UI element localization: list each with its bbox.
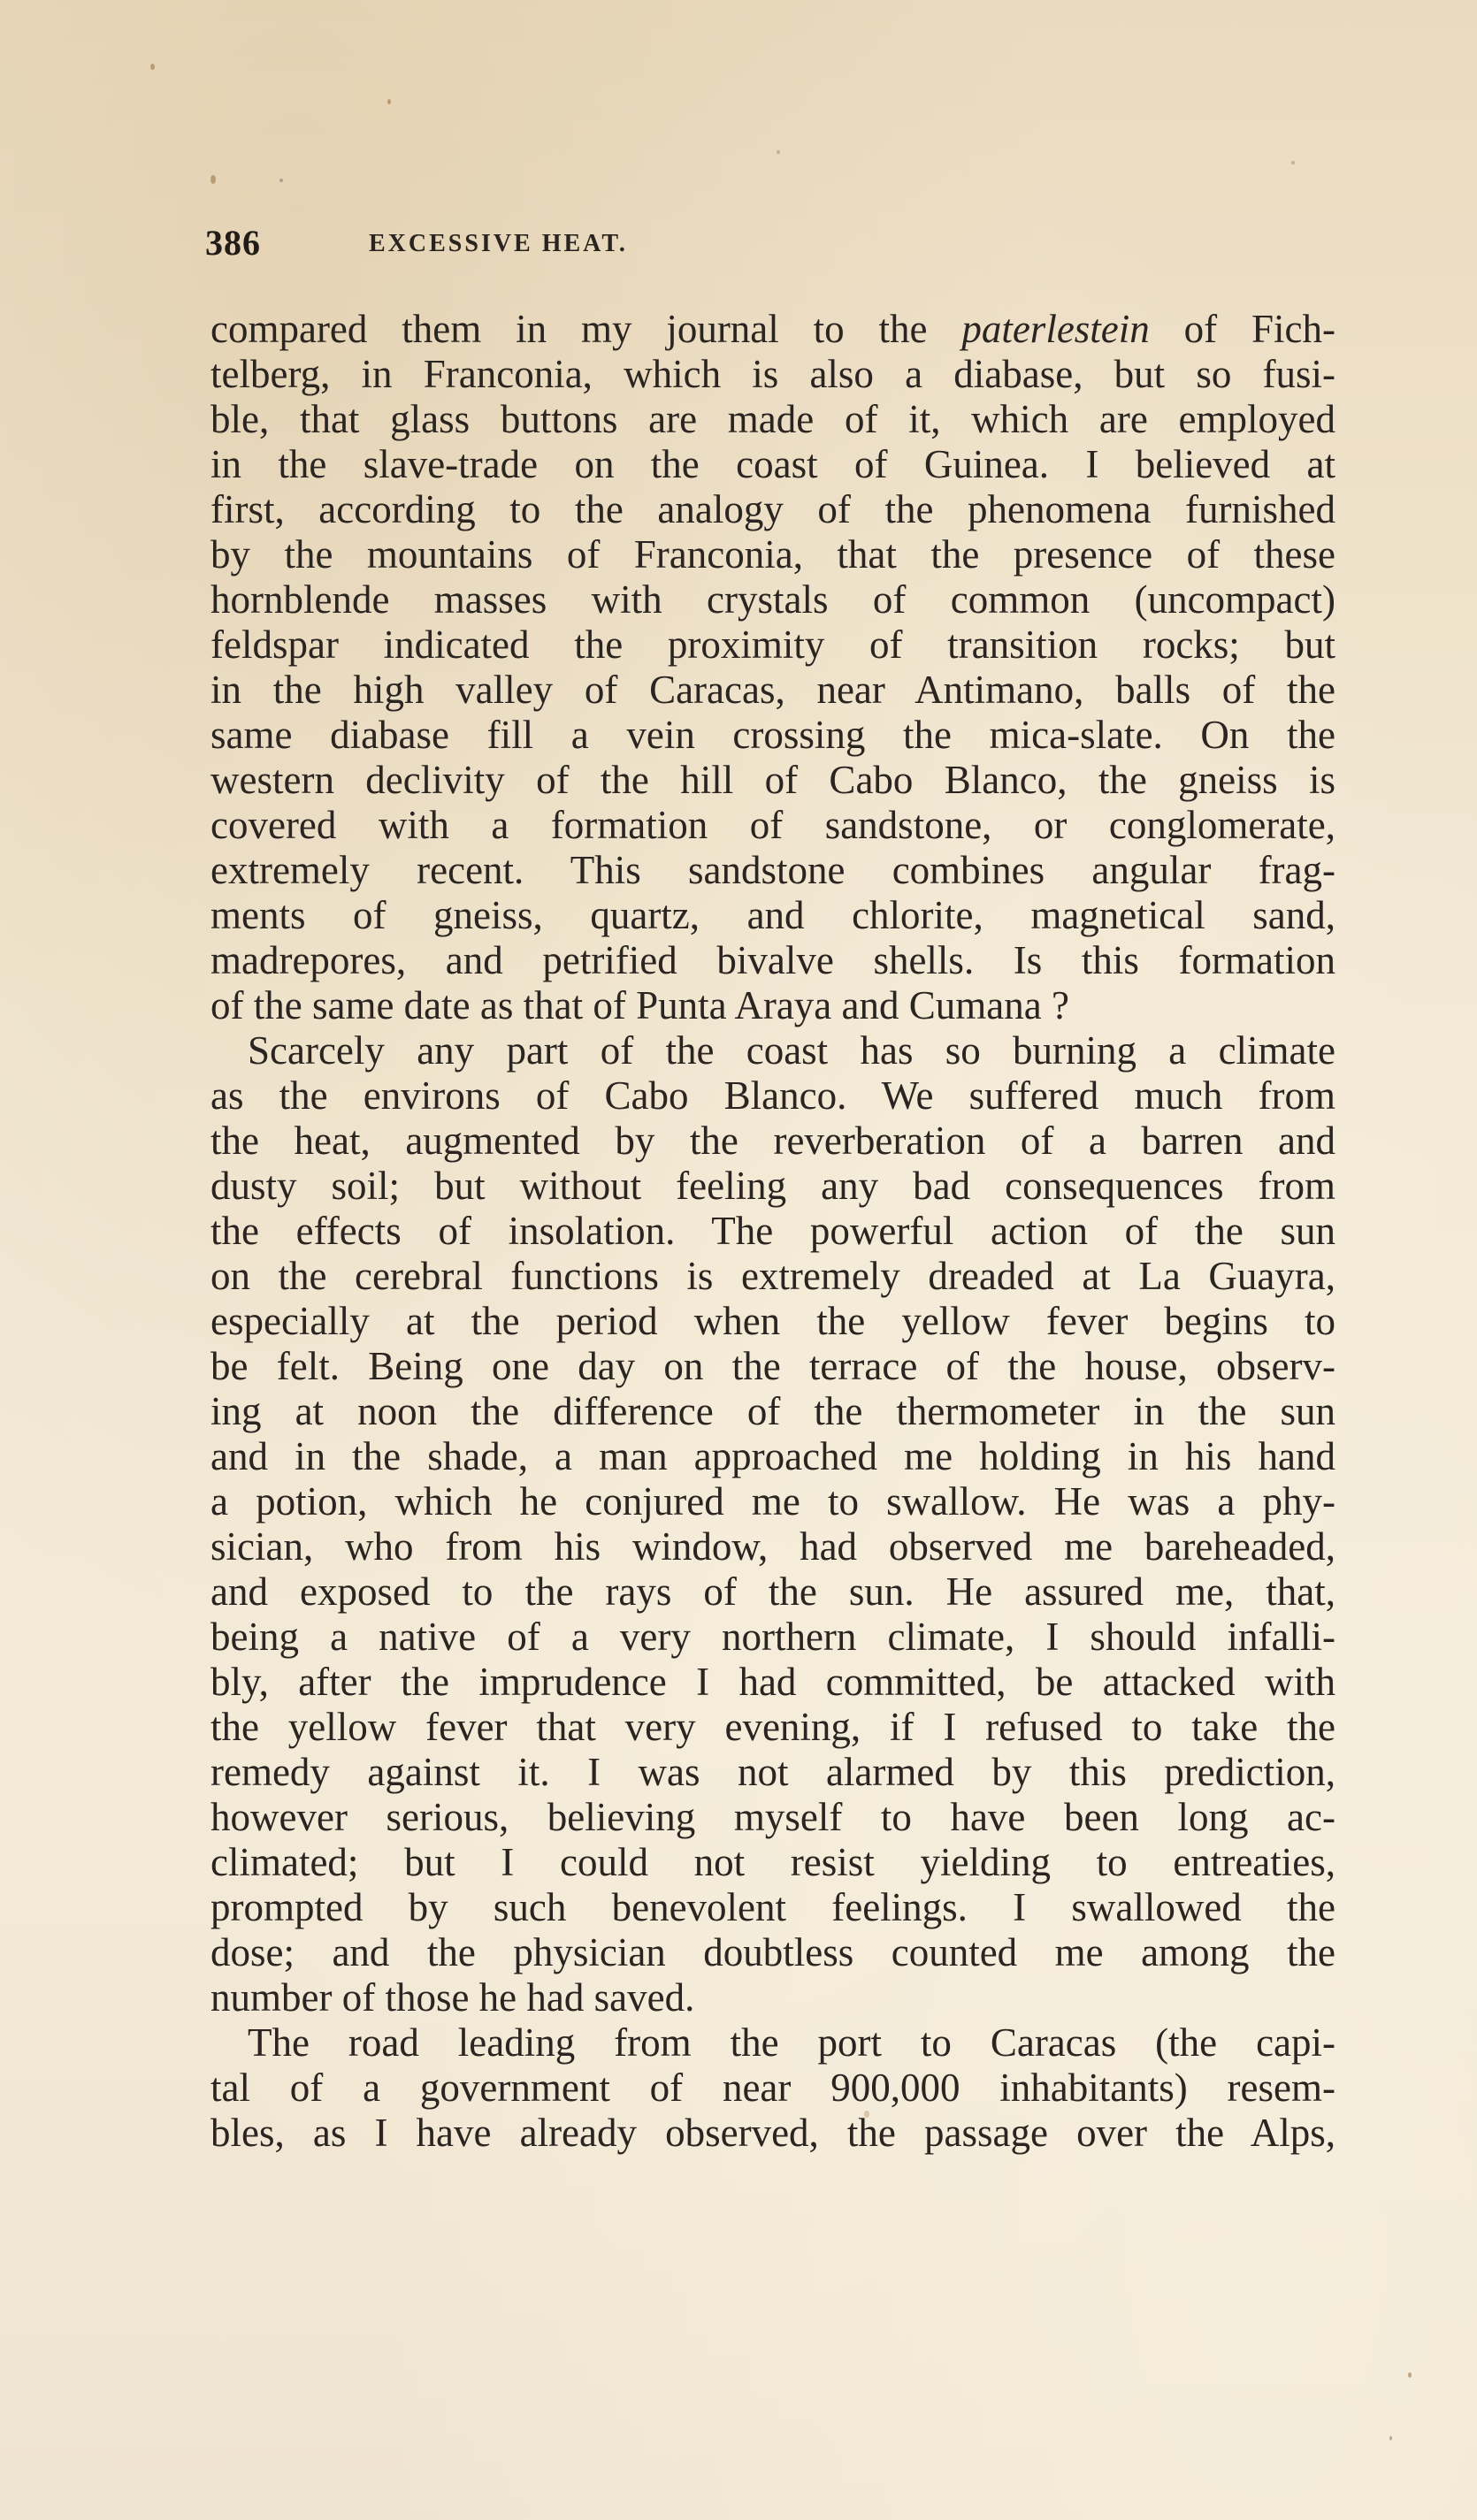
text-line: the heat, augmented by the reverberation… bbox=[210, 1115, 1335, 1166]
text-line: as the environs of Cabo Blanco. We suffe… bbox=[210, 1070, 1335, 1121]
text-line: by the mountains of Franconia, that the … bbox=[210, 529, 1335, 580]
book-page: 386 EXCESSIVE HEAT. compared them in my … bbox=[0, 0, 1477, 2520]
text-line: feldspar indicated the proximity of tran… bbox=[210, 619, 1335, 670]
text-line: climated; but I could not resist yieldin… bbox=[210, 1837, 1335, 1888]
text-line: western declivity of the hill of Cabo Bl… bbox=[210, 754, 1335, 806]
text-line: prompted by such benevolent feelings. I … bbox=[210, 1882, 1335, 1933]
text-line: bly, after the imprudence I had committe… bbox=[210, 1656, 1335, 1707]
text-line: The road leading from the port to Caraca… bbox=[210, 2017, 1335, 2068]
text-line: compared them in my journal to the pater… bbox=[210, 303, 1335, 355]
text-line: however serious, believing myself to hav… bbox=[210, 1791, 1335, 1843]
text-line: tal of a government of near 900,000 inha… bbox=[210, 2062, 1335, 2113]
text-line: dusty soil; but without feeling any bad … bbox=[210, 1160, 1335, 1211]
text-line: especially at the period when the yellow… bbox=[210, 1295, 1335, 1347]
paper-speck bbox=[1291, 161, 1295, 164]
text-line: the effects of insolation. The powerful … bbox=[210, 1205, 1335, 1256]
text-line: remedy against it. I was not alarmed by … bbox=[210, 1746, 1335, 1798]
text-line: of the same date as that of Punta Araya … bbox=[210, 980, 1335, 1031]
text-line: bles, as I have already observed, the pa… bbox=[210, 2107, 1335, 2158]
text-line: dose; and the physician doubtless counte… bbox=[210, 1927, 1335, 1978]
paper-speck bbox=[210, 175, 216, 184]
text-line: ments of gneiss, quartz, and chlorite, m… bbox=[210, 890, 1335, 941]
paper-speck bbox=[777, 150, 780, 154]
text-span: compared them in my journal to the bbox=[210, 307, 961, 351]
paper-speck bbox=[1389, 2436, 1392, 2440]
running-title: EXCESSIVE HEAT. bbox=[369, 226, 628, 262]
text-line: Scarcely any part of the coast has so bu… bbox=[210, 1025, 1335, 1076]
running-head: 386 EXCESSIVE HEAT. bbox=[0, 221, 1477, 265]
paper-speck bbox=[150, 64, 155, 70]
paper-speck bbox=[279, 179, 283, 182]
text-line: ing at noon the difference of the thermo… bbox=[210, 1386, 1335, 1437]
text-line: sician, who from his window, had observe… bbox=[210, 1521, 1335, 1572]
text-line: and exposed to the rays of the sun. He a… bbox=[210, 1566, 1335, 1617]
text-line: a potion, which he conjured me to swallo… bbox=[210, 1476, 1335, 1527]
text-line: being a native of a very northern climat… bbox=[210, 1611, 1335, 1662]
text-line: be felt. Being one day on the terrace of… bbox=[210, 1340, 1335, 1392]
text-line: hornblende masses with crystals of commo… bbox=[210, 574, 1335, 625]
text-line: the yellow fever that very evening, if I… bbox=[210, 1701, 1335, 1753]
text-line: madrepores, and petrified bivalve shells… bbox=[210, 935, 1335, 986]
text-line: covered with a formation of sandstone, o… bbox=[210, 799, 1335, 851]
text-line: and in the shade, a man approached me ho… bbox=[210, 1431, 1335, 1482]
text-line: in the high valley of Caracas, near Anti… bbox=[210, 664, 1335, 715]
text-line: telberg, in Franconia, which is also a d… bbox=[210, 348, 1335, 400]
text-line: number of those he had saved. bbox=[210, 1972, 1335, 2023]
text-line: extremely recent. This sandstone combine… bbox=[210, 844, 1335, 896]
text-line: ble, that glass buttons are made of it, … bbox=[210, 393, 1335, 445]
text-line: first, according to the analogy of the p… bbox=[210, 484, 1335, 535]
page-number: 386 bbox=[205, 221, 261, 265]
text-span: of Fich- bbox=[1150, 307, 1335, 351]
paper-speck bbox=[1408, 2372, 1412, 2378]
text-line: on the cerebral functions is extremely d… bbox=[210, 1250, 1335, 1302]
paper-speck bbox=[387, 99, 391, 104]
text-line: in the slave-trade on the coast of Guine… bbox=[210, 439, 1335, 490]
italic-term: paterlestein bbox=[961, 307, 1149, 351]
text-line: same diabase fill a vein crossing the mi… bbox=[210, 709, 1335, 760]
